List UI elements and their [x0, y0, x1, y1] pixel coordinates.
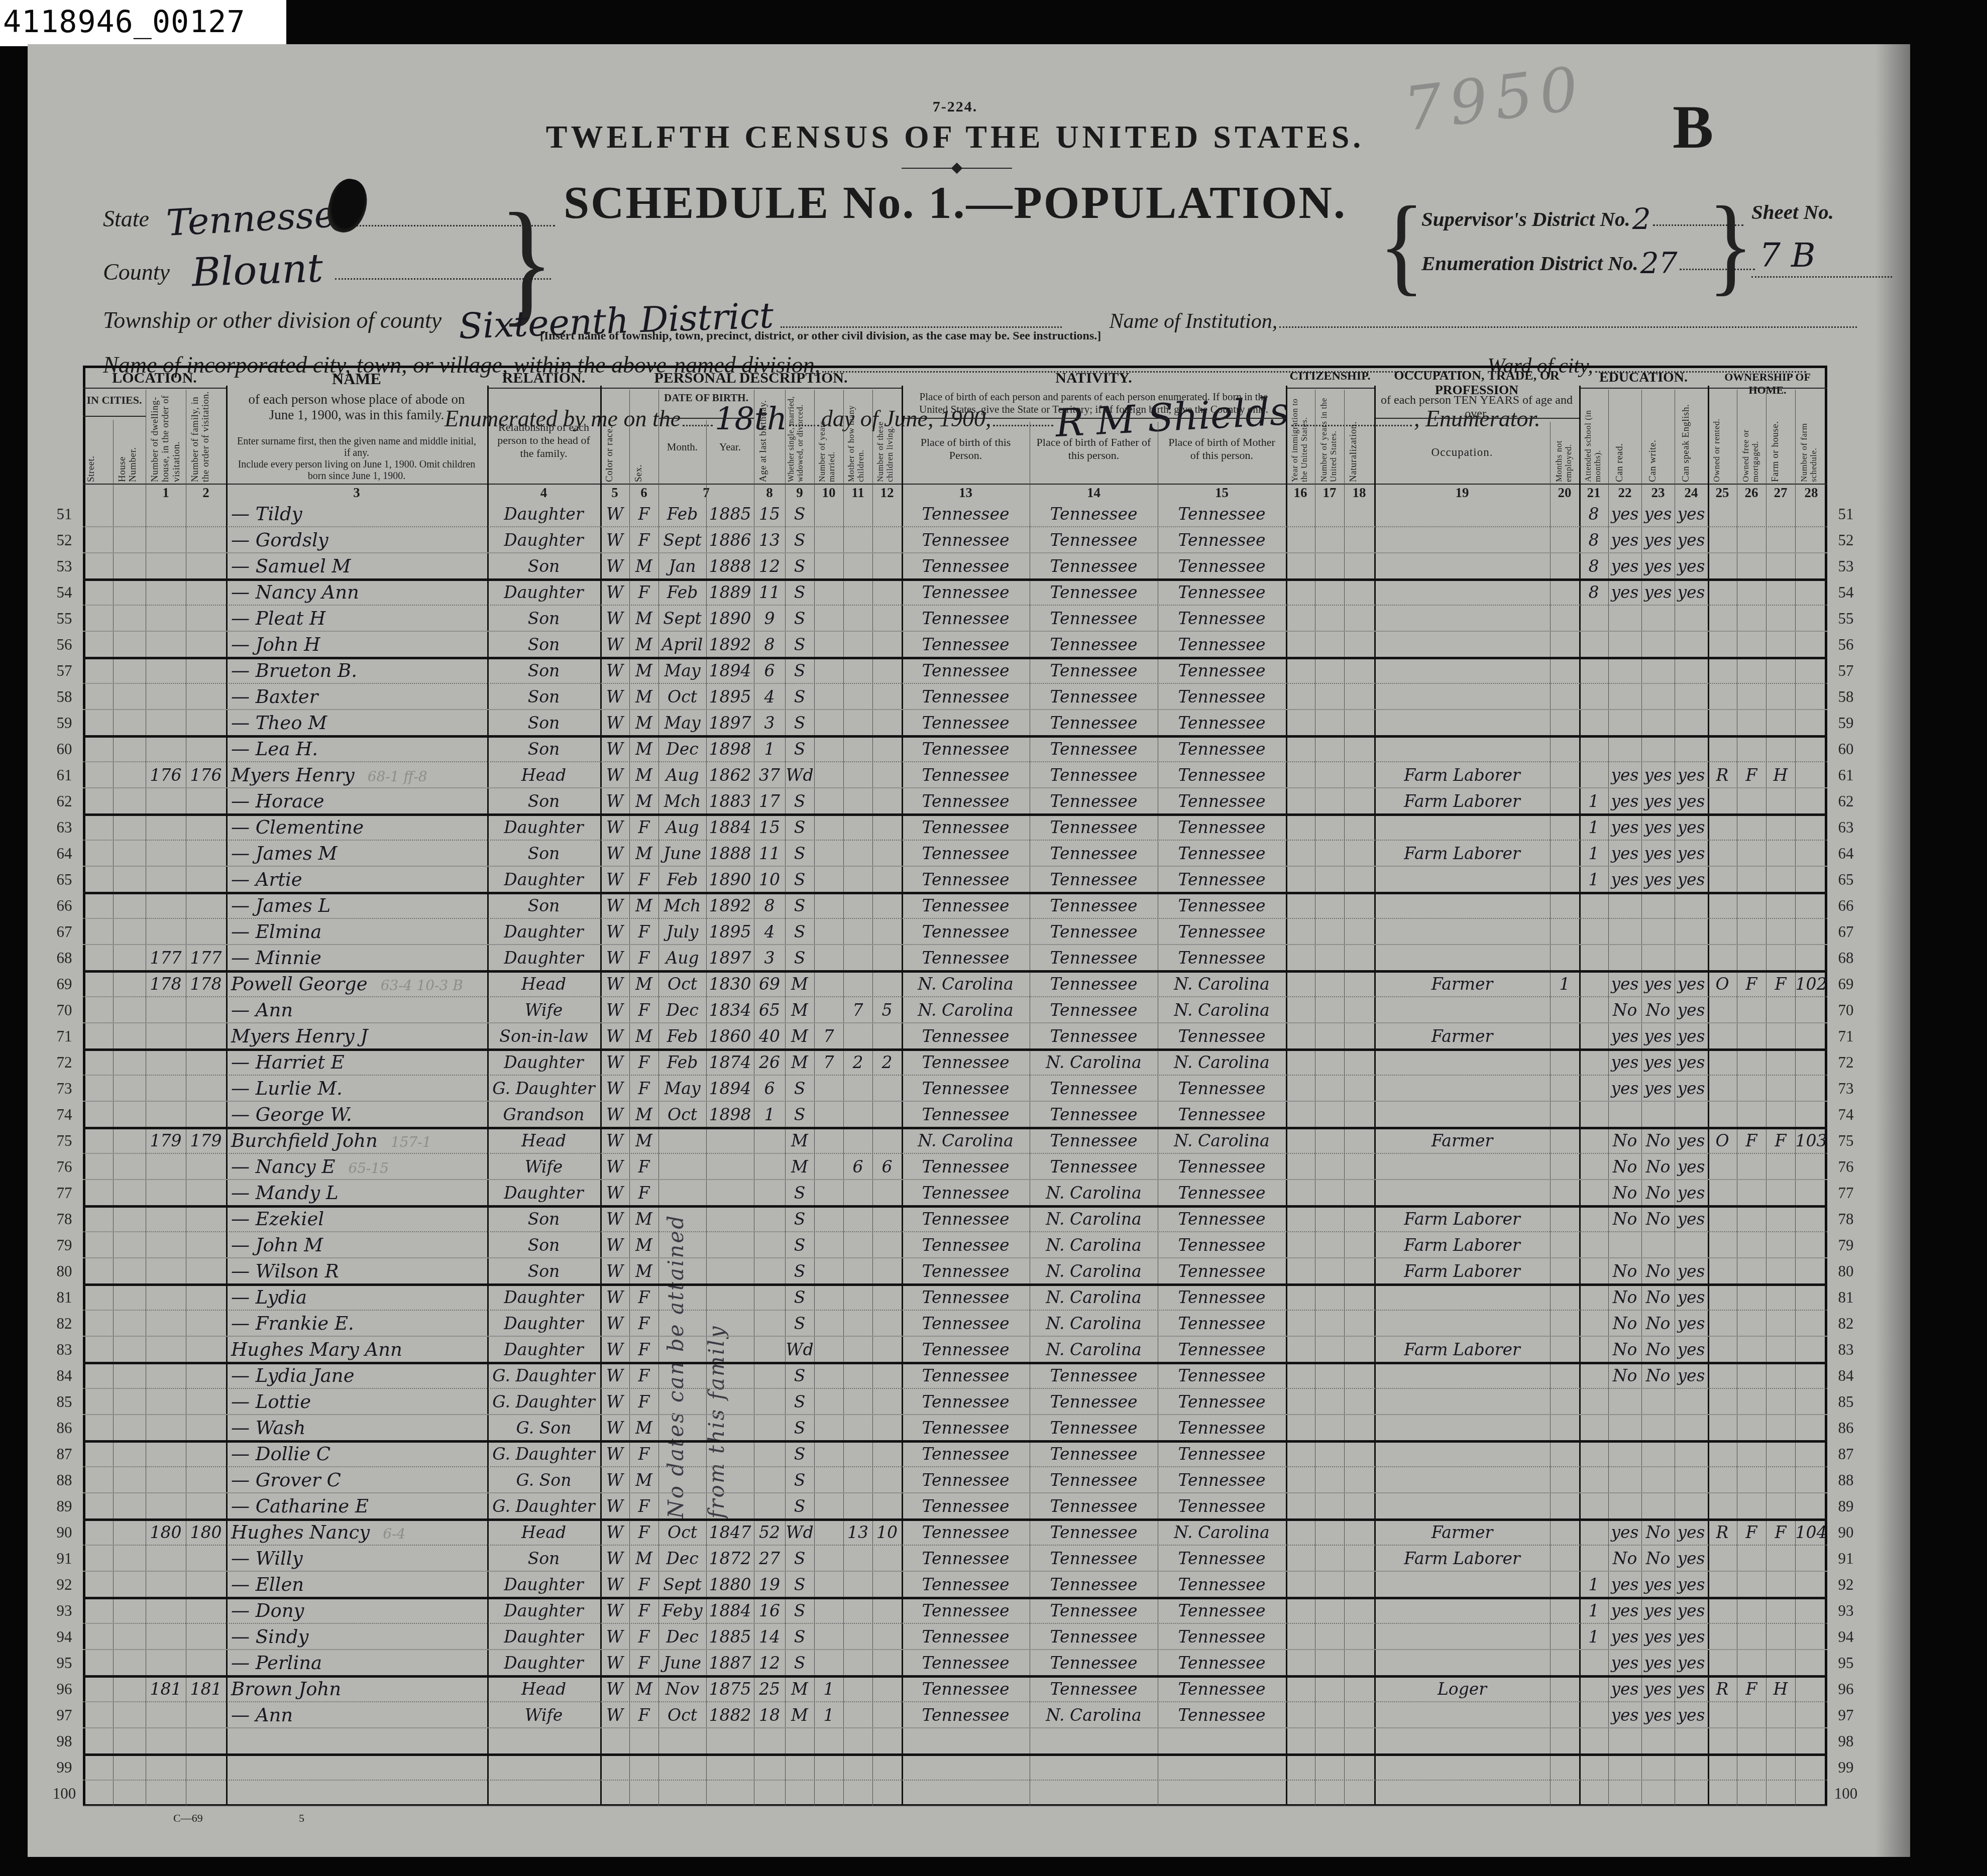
cell-p1: Tennessee	[902, 553, 1030, 579]
cell-p1: Tennessee	[902, 1493, 1030, 1519]
cell-name: Powell George63-4 10-3 B	[226, 971, 487, 997]
cell-p3: N. Carolina	[1158, 1519, 1286, 1546]
cell-mo: Oct	[658, 1519, 706, 1546]
sheet-value: 7 B	[1759, 236, 1815, 275]
in-cities-label: IN CITIES.	[83, 394, 146, 407]
cell-p2: Tennessee	[1030, 1441, 1158, 1467]
supervisor-label: Supervisor's District No.	[1421, 207, 1630, 230]
cell-yr: 1860	[706, 1023, 754, 1049]
col-farm-or-house-label: Farm or house.	[1770, 391, 1793, 482]
cell-rel: Son	[487, 736, 600, 762]
cell-c: W	[600, 658, 629, 684]
cell-p2: Tennessee	[1030, 1415, 1158, 1441]
cell-p2: Tennessee	[1030, 1154, 1158, 1180]
cell-p2: N. Carolina	[1030, 1232, 1158, 1258]
cell-name: Burchfield John157-1	[226, 1128, 487, 1154]
occupation-sub: of each person TEN YEARS of age and over…	[1379, 394, 1574, 421]
cell-fh: F	[1766, 1128, 1795, 1154]
cell-sch: 1	[1579, 1624, 1608, 1650]
cell-rel: G. Daughter	[487, 1076, 600, 1102]
cell-p2: Tennessee	[1030, 971, 1158, 997]
cell-m: Wd	[785, 762, 814, 788]
cell-p2: Tennessee	[1030, 1363, 1158, 1389]
cell-cl: 2	[872, 1049, 902, 1076]
cell-s: M	[629, 632, 658, 658]
cell-d: 179	[146, 1128, 186, 1154]
column-rule	[1374, 386, 1376, 1807]
cell-p2: Tennessee	[1030, 1676, 1158, 1702]
row-number-left: 51	[48, 501, 81, 527]
cell-mo: Feby	[658, 1598, 706, 1624]
row-number-right: 66	[1829, 893, 1862, 919]
cell-m: S	[785, 919, 814, 945]
cell-name: — Horace	[226, 788, 487, 814]
column-rule	[872, 390, 873, 1807]
cell-wr: No	[1641, 1546, 1675, 1572]
cell-wr: No	[1641, 1519, 1675, 1546]
cell-wr: No	[1641, 1206, 1675, 1232]
cell-p3: Tennessee	[1158, 553, 1286, 579]
cell-wr: No	[1641, 1337, 1675, 1363]
cell-rel: Daughter	[487, 1337, 600, 1363]
row-number-left: 67	[48, 919, 81, 945]
cell-c: W	[600, 867, 629, 893]
scan-id-label: 4118946_00127	[0, 0, 286, 46]
pencil-annotation: 63-4 10-3 B	[381, 977, 463, 994]
cell-rd: yes	[1608, 762, 1641, 788]
row-number-right: 83	[1829, 1337, 1862, 1363]
cell-en: yes	[1675, 1154, 1708, 1180]
cell-sch: 8	[1579, 579, 1608, 606]
cell-yr: 1898	[706, 736, 754, 762]
col-naturalization-label: Naturalization.	[1348, 391, 1372, 482]
row-number-left: 56	[48, 632, 81, 658]
pencil-annotation: 6-4	[383, 1526, 405, 1542]
cell-s: F	[629, 1650, 658, 1676]
cell-yr: 1880	[706, 1572, 754, 1598]
cell-yr: 1897	[706, 710, 754, 736]
title-divider	[902, 166, 1012, 169]
cell-name: Hughes Nancy6-4	[226, 1519, 487, 1546]
cell-m: M	[785, 1023, 814, 1049]
cell-wr: yes	[1641, 1624, 1675, 1650]
cell-c: W	[600, 1546, 629, 1572]
cell-wr: yes	[1641, 1702, 1675, 1728]
cell-rd: yes	[1608, 1676, 1641, 1702]
cell-p2: Tennessee	[1030, 1467, 1158, 1493]
column-number-can_speak_english: 24	[1675, 485, 1708, 500]
cell-c: W	[600, 1572, 629, 1598]
cell-p2: Tennessee	[1030, 1076, 1158, 1102]
cell-rel: G. Daughter	[487, 1493, 600, 1519]
cell-s: F	[629, 1624, 658, 1650]
column-number-age: 8	[754, 485, 785, 500]
cell-age: 15	[754, 814, 785, 841]
column-number-pob_person: 13	[902, 485, 1030, 500]
cell-p2: Tennessee	[1030, 1624, 1158, 1650]
cell-of: F	[1737, 1128, 1766, 1154]
cell-age: 18	[754, 1702, 785, 1728]
cell-sch: 1	[1579, 814, 1608, 841]
cell-rd: yes	[1608, 501, 1641, 527]
cell-m: S	[785, 1258, 814, 1284]
cell-m: M	[785, 1676, 814, 1702]
cell-mo: Aug	[658, 814, 706, 841]
cell-p3: Tennessee	[1158, 841, 1286, 867]
cell-p1: Tennessee	[902, 1598, 1030, 1624]
cell-rd: yes	[1608, 1650, 1641, 1676]
cell-p1: Tennessee	[902, 1023, 1030, 1049]
cell-p2: Tennessee	[1030, 867, 1158, 893]
row-number-right: 64	[1829, 841, 1862, 867]
cell-en: yes	[1675, 1311, 1708, 1337]
cell-rel: Son	[487, 606, 600, 632]
col-pob-father-label: Place of birth of Father of this person.	[1035, 436, 1153, 462]
cell-fh: F	[1766, 971, 1795, 997]
cell-yr: 1895	[706, 684, 754, 710]
cell-or: R	[1708, 762, 1737, 788]
cell-mo: Oct	[658, 1102, 706, 1128]
cell-p3: Tennessee	[1158, 1441, 1286, 1467]
cell-rd: yes	[1608, 1049, 1641, 1076]
cell-c: W	[600, 1311, 629, 1337]
column-rule	[1795, 390, 1796, 1807]
cell-name: — Perlina	[226, 1650, 487, 1676]
cell-rd: No	[1608, 1311, 1641, 1337]
column-number-pob_mother: 15	[1158, 485, 1286, 500]
institution-label: Name of Institution,	[1109, 310, 1277, 333]
cell-s: M	[629, 1258, 658, 1284]
row-number-left: 71	[48, 1023, 81, 1049]
cell-mo: Feb	[658, 579, 706, 606]
cell-d: 180	[146, 1519, 186, 1546]
cell-rel: Grandson	[487, 1102, 600, 1128]
cell-en: yes	[1675, 1519, 1708, 1546]
cell-m: S	[785, 1206, 814, 1232]
cell-rel: Daughter	[487, 1284, 600, 1311]
row-number-left: 80	[48, 1258, 81, 1284]
col-month-label: Month.	[658, 441, 706, 453]
row-number-left: 92	[48, 1572, 81, 1598]
cell-c: W	[600, 1206, 629, 1232]
row-number-left: 68	[48, 945, 81, 971]
cell-rel: Son-in-law	[487, 1023, 600, 1049]
cell-m: S	[785, 1546, 814, 1572]
cell-p3: Tennessee	[1158, 710, 1286, 736]
cell-yr: 1885	[706, 501, 754, 527]
cell-rd: No	[1608, 1258, 1641, 1284]
cell-en: yes	[1675, 1363, 1708, 1389]
cell-fh: H	[1766, 762, 1795, 788]
cell-sch: 8	[1579, 501, 1608, 527]
cell-occ: Farm Laborer	[1374, 1232, 1550, 1258]
cell-occ: Farm Laborer	[1374, 1337, 1550, 1363]
group-nativity: NATIVITY.	[902, 370, 1286, 387]
cell-p1: Tennessee	[902, 1572, 1030, 1598]
cell-age: 13	[754, 527, 785, 553]
cell-s: F	[629, 501, 658, 527]
cell-p3: N. Carolina	[1158, 997, 1286, 1023]
cell-rel: Daughter	[487, 1180, 600, 1206]
cell-p1: Tennessee	[902, 1154, 1030, 1180]
cell-fh: H	[1766, 1676, 1795, 1702]
nativity-note: Place of birth of each person and parent…	[909, 391, 1278, 416]
cell-en: yes	[1675, 579, 1708, 606]
cell-yr: 1830	[706, 971, 754, 997]
cell-c: W	[600, 1076, 629, 1102]
col-family-label: Number of family, in the order of visita…	[190, 391, 223, 482]
row-number-left: 90	[48, 1519, 81, 1546]
cell-p2: Tennessee	[1030, 841, 1158, 867]
cell-c: W	[600, 710, 629, 736]
column-rule	[843, 390, 844, 1807]
row-number-right: 80	[1829, 1258, 1862, 1284]
census-table: LOCATION. NAME RELATION. PERSONAL DESCRI…	[48, 366, 1862, 1812]
cell-name: — Ann	[226, 997, 487, 1023]
cell-age: 26	[754, 1049, 785, 1076]
row-number-left: 97	[48, 1702, 81, 1728]
row-number-right: 87	[1829, 1441, 1862, 1467]
cell-age: 11	[754, 579, 785, 606]
cell-p2: Tennessee	[1030, 736, 1158, 762]
row-number-right: 88	[1829, 1467, 1862, 1493]
cell-mo: Feb	[658, 1049, 706, 1076]
cell-age: 19	[754, 1572, 785, 1598]
cell-m: S	[785, 501, 814, 527]
row-number-right: 72	[1829, 1049, 1862, 1076]
cell-name: Brown John	[226, 1676, 487, 1702]
cell-p3: Tennessee	[1158, 1206, 1286, 1232]
cell-p1: Tennessee	[902, 1676, 1030, 1702]
cell-en: yes	[1675, 501, 1708, 527]
row-number-left: 78	[48, 1206, 81, 1232]
cell-p3: Tennessee	[1158, 1598, 1286, 1624]
cell-mo: May	[658, 658, 706, 684]
cell-sch: 1	[1579, 1572, 1608, 1598]
cell-p2: Tennessee	[1030, 1546, 1158, 1572]
cell-name: — Nancy Ann	[226, 579, 487, 606]
cell-c: W	[600, 1650, 629, 1676]
cell-name: — Lydia	[226, 1284, 487, 1311]
cell-s: M	[629, 893, 658, 919]
cell-p3: Tennessee	[1158, 1102, 1286, 1128]
cell-p2: Tennessee	[1030, 762, 1158, 788]
cell-c: W	[600, 945, 629, 971]
row-number-right: 96	[1829, 1676, 1862, 1702]
cell-p3: Tennessee	[1158, 814, 1286, 841]
cell-s: F	[629, 1572, 658, 1598]
cell-yr: 1898	[706, 1102, 754, 1128]
cell-rd: yes	[1608, 579, 1641, 606]
cell-sch: 8	[1579, 553, 1608, 579]
cell-name: — Brueton B.	[226, 658, 487, 684]
cell-p1: Tennessee	[902, 788, 1030, 814]
row-number-left: 52	[48, 527, 81, 553]
column-number-color: 5	[600, 485, 629, 500]
cell-wr: No	[1641, 1363, 1675, 1389]
cell-en: yes	[1675, 1337, 1708, 1363]
cell-ch: 7	[843, 997, 872, 1023]
cell-wr: yes	[1641, 762, 1675, 788]
cell-wr: yes	[1641, 1650, 1675, 1676]
cell-mo: Mch	[658, 788, 706, 814]
cell-rel: Daughter	[487, 501, 600, 527]
column-number-owned_or_rented: 25	[1708, 485, 1737, 500]
cell-m: S	[785, 945, 814, 971]
cell-rel: Wife	[487, 1702, 600, 1728]
cell-p2: Tennessee	[1030, 1572, 1158, 1598]
district-brace-open: {	[1379, 183, 1424, 309]
cell-age: 8	[754, 632, 785, 658]
cell-s: M	[629, 1128, 658, 1154]
cell-or: R	[1708, 1519, 1737, 1546]
cell-name: — Clementine	[226, 814, 487, 841]
cell-rel: Daughter	[487, 1650, 600, 1676]
cell-rel: Son	[487, 1206, 600, 1232]
cell-name: — Lottie	[226, 1389, 487, 1415]
cell-p3: Tennessee	[1158, 919, 1286, 945]
cell-rd: yes	[1608, 527, 1641, 553]
footer-mark: 5	[299, 1812, 304, 1825]
row-number-right: 85	[1829, 1389, 1862, 1415]
cell-p1: N. Carolina	[902, 1128, 1030, 1154]
cell-p3: Tennessee	[1158, 1023, 1286, 1049]
cell-yr: 1847	[706, 1519, 754, 1546]
cell-s: M	[629, 1023, 658, 1049]
column-rule	[186, 390, 186, 1807]
cell-age: 10	[754, 867, 785, 893]
cell-c: W	[600, 893, 629, 919]
cell-p3: Tennessee	[1158, 1415, 1286, 1441]
cell-en: yes	[1675, 1702, 1708, 1728]
row-number-right: 95	[1829, 1650, 1862, 1676]
footer-form-code: C—69	[173, 1812, 203, 1825]
cell-m: M	[785, 971, 814, 997]
cell-mo: Sept	[658, 606, 706, 632]
cell-c: W	[600, 553, 629, 579]
cell-c: W	[600, 788, 629, 814]
cell-m: S	[785, 710, 814, 736]
cell-rel: G. Son	[487, 1467, 600, 1493]
cell-mo: Aug	[658, 945, 706, 971]
cell-rel: Daughter	[487, 1572, 600, 1598]
cell-c: W	[600, 527, 629, 553]
column-number-mother_of: 11	[843, 485, 872, 500]
cell-mo: July	[658, 919, 706, 945]
cell-rd: No	[1608, 997, 1641, 1023]
cell-p2: Tennessee	[1030, 997, 1158, 1023]
cell-c: W	[600, 1624, 629, 1650]
row-number-left: 58	[48, 684, 81, 710]
cell-mo: June	[658, 841, 706, 867]
cell-rel: Son	[487, 710, 600, 736]
cell-rd: yes	[1608, 841, 1641, 867]
cell-d: 177	[146, 945, 186, 971]
cell-p1: Tennessee	[902, 1076, 1030, 1102]
column-number-months_not_employed: 20	[1550, 485, 1579, 500]
enumeration-district-line: Enumeration District No. 27	[1421, 243, 1755, 277]
group-citizenship: CITIZENSHIP.	[1286, 370, 1374, 383]
cell-name: — Artie	[226, 867, 487, 893]
cell-p2: Tennessee	[1030, 1519, 1158, 1546]
cell-p1: Tennessee	[902, 1624, 1030, 1650]
cell-p2: Tennessee	[1030, 788, 1158, 814]
cell-name: — Harriet E	[226, 1049, 487, 1076]
cell-s: F	[629, 1180, 658, 1206]
cell-mo: Sept	[658, 527, 706, 553]
cell-of: F	[1737, 1519, 1766, 1546]
row-number-right: 69	[1829, 971, 1862, 997]
column-number-can_read: 22	[1608, 485, 1641, 500]
cell-name: — Wilson R	[226, 1258, 487, 1284]
row-number-right: 100	[1829, 1781, 1862, 1807]
column-rule	[1286, 386, 1287, 1807]
cell-rel: Daughter	[487, 814, 600, 841]
cell-name: — Dollie C	[226, 1441, 487, 1467]
cell-age: 12	[754, 1650, 785, 1676]
cell-mo: Nov	[658, 1676, 706, 1702]
cell-or: O	[1708, 971, 1737, 997]
cell-s: F	[629, 814, 658, 841]
cell-mo: Sept	[658, 1572, 706, 1598]
cell-name: — James M	[226, 841, 487, 867]
cell-name: Hughes Mary Ann	[226, 1337, 487, 1363]
row-number-left: 82	[48, 1311, 81, 1337]
cell-rel: G. Daughter	[487, 1363, 600, 1389]
cell-p2: Tennessee	[1030, 606, 1158, 632]
cell-s: M	[629, 658, 658, 684]
cell-wr: yes	[1641, 501, 1675, 527]
cell-age: 27	[754, 1546, 785, 1572]
cell-m: S	[785, 1311, 814, 1337]
cell-wr: yes	[1641, 814, 1675, 841]
cell-c: W	[600, 684, 629, 710]
cell-p2: Tennessee	[1030, 945, 1158, 971]
cell-m: S	[785, 1598, 814, 1624]
cell-of: F	[1737, 971, 1766, 997]
form-number: 7-224.	[48, 98, 1862, 115]
cell-p1: Tennessee	[902, 1258, 1030, 1284]
cell-p3: Tennessee	[1158, 1311, 1286, 1337]
cell-yr: 1884	[706, 814, 754, 841]
cell-mo: June	[658, 1650, 706, 1676]
cell-occ: Farm Laborer	[1374, 1206, 1550, 1232]
cell-c: W	[600, 814, 629, 841]
cell-p1: Tennessee	[902, 1337, 1030, 1363]
cell-en: yes	[1675, 788, 1708, 814]
cell-yr: 1888	[706, 553, 754, 579]
row-number-right: 58	[1829, 684, 1862, 710]
cell-p1: Tennessee	[902, 919, 1030, 945]
cell-p2: Tennessee	[1030, 501, 1158, 527]
cell-p2: N. Carolina	[1030, 1702, 1158, 1728]
cell-mo: Dec	[658, 736, 706, 762]
row-number-right: 75	[1829, 1128, 1862, 1154]
row-number-right: 73	[1829, 1076, 1862, 1102]
cell-rel: Daughter	[487, 919, 600, 945]
cell-en: yes	[1675, 553, 1708, 579]
cell-p3: Tennessee	[1158, 606, 1286, 632]
row-number-left: 95	[48, 1650, 81, 1676]
cell-yr: 1897	[706, 945, 754, 971]
cell-p3: Tennessee	[1158, 579, 1286, 606]
cell-p3: Tennessee	[1158, 893, 1286, 919]
row-number-left: 73	[48, 1076, 81, 1102]
cell-name: — Baxter	[226, 684, 487, 710]
cell-en: yes	[1675, 867, 1708, 893]
column-rule	[1344, 390, 1345, 1807]
cell-ym: 1	[814, 1702, 843, 1728]
